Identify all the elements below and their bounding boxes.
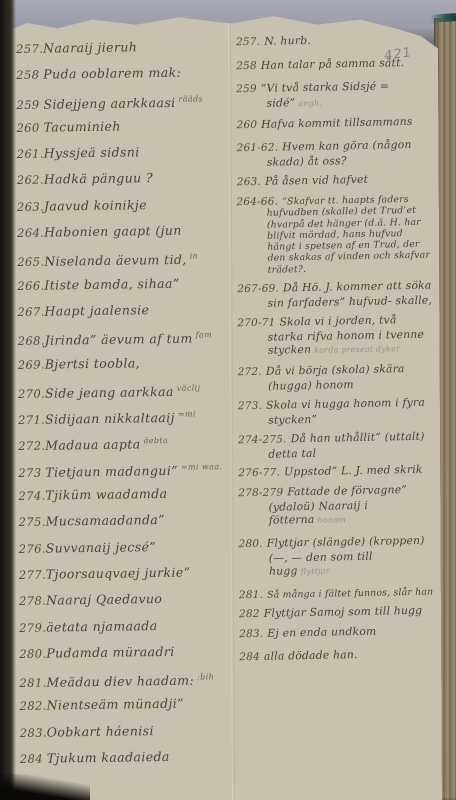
- list-item: 261.Hyssjeä sidsni: [16, 138, 224, 167]
- list-item: 281.Meädau diev haadam::bih: [19, 664, 227, 693]
- entry-number: 272.: [238, 366, 262, 378]
- entry-text: Naaraij jieruh: [43, 39, 137, 55]
- list-item: 278-279Fattade de förvagne” (ydaloü) Naa…: [238, 483, 435, 530]
- entry-number: 259: [236, 83, 257, 95]
- entry-text: Meädau diev haadam:: [46, 673, 194, 690]
- interlinear-annotation: flyttjar: [301, 567, 330, 577]
- list-item: 273Tietjaun madangui”=mi waa.: [18, 454, 226, 483]
- list-item: 265.Niselanda äevum tid,in: [17, 243, 225, 272]
- entry-text: På åsen vid hafvet: [265, 172, 368, 187]
- list-item: 275.Mucsamaadanda”: [18, 506, 226, 535]
- entry-number: 275.: [18, 509, 45, 536]
- list-item: 269.Bjertsi toobla,: [18, 349, 226, 378]
- interlinear-annotation: in: [190, 252, 199, 261]
- entry-number: 267.: [17, 299, 44, 326]
- entry-text: Tjukum kaadaieda: [47, 749, 170, 766]
- entry-number: 257.: [236, 36, 260, 48]
- interlinear-annotation: rääds: [178, 94, 203, 103]
- entry-text: Oobkart háenisi: [47, 723, 154, 739]
- list-item: 259Sidejjeng aarkkaasirääds: [16, 86, 224, 115]
- entry-number: 280.: [19, 640, 46, 667]
- entry-text: Niselanda äevum tid,: [44, 252, 187, 269]
- entry-number: 278.: [19, 588, 46, 615]
- list-item: 259”Vi två starka Sidsjé = sidé”angh.: [236, 79, 433, 112]
- list-item: 283.Oobkart háenisi: [20, 717, 228, 746]
- entry-number: 281.: [239, 589, 263, 601]
- entry-text: Hadkä pänguu ?: [44, 171, 153, 188]
- entry-text: Hafva kommit tillsammans: [261, 115, 413, 131]
- interlinear-annotation: =mi waa.: [181, 462, 223, 472]
- entry-number: 280.: [238, 538, 262, 550]
- entry-text: Nientseäm münadji”: [46, 696, 184, 713]
- interlinear-annotation: väclij: [177, 383, 201, 392]
- entry-text: Side jeang aarkkaa: [45, 384, 174, 401]
- list-item: 276.Suvvanaij jecsé”: [19, 533, 227, 562]
- entry-number: 269.: [18, 351, 45, 378]
- list-item: 268.Jirinda” äevum af tumfam: [17, 322, 225, 351]
- list-item: 267.Haapt jaalensie: [17, 296, 225, 325]
- entry-text: ”Vi två starka Sidsjé = sidé”: [261, 80, 390, 110]
- gutter-shadow: [0, 0, 16, 800]
- list-item: 284alla dödade han.: [239, 646, 435, 664]
- entry-number: 264.: [17, 220, 44, 247]
- entry-text: Jirinda” äevum af tum: [45, 331, 193, 348]
- entry-number: 278-279: [238, 487, 283, 500]
- list-item: 281.Så många i fältet funnos, slår han: [239, 587, 435, 602]
- list-item: 258Puda ooblarem mak:: [16, 59, 224, 88]
- list-item: 277.Tjoorsauqvaej jurkie”: [19, 559, 227, 588]
- entry-text: Bjertsi toobla,: [45, 355, 141, 371]
- entry-number: 263.: [237, 175, 261, 187]
- interlinear-annotation: äebta: [143, 436, 168, 445]
- entry-text: ”Skafvar tt. haapts faders hufvudben (sk…: [267, 194, 431, 275]
- entry-text: Suvvanaij jecsé”: [46, 539, 157, 556]
- list-item: 272.Madaua aaptaäebta: [18, 428, 226, 457]
- entry-text: äetata njamaada: [46, 618, 158, 635]
- entry-number: 274-275.: [238, 433, 287, 446]
- list-item: 261-62.Hvem kan göra (någon skada) åt os…: [236, 138, 433, 170]
- entry-text: N. hurb.: [264, 34, 311, 48]
- entry-text: Jaavud koinikje: [44, 197, 147, 213]
- interlinear-annotation: honom: [317, 516, 346, 526]
- entry-text: Tacuminieh: [43, 118, 120, 134]
- entry-text: Tietjaun madangui”: [45, 463, 178, 480]
- entry-number: 260: [16, 115, 43, 142]
- list-item: 270-71Skola vi i jorden, två starka rifv…: [237, 312, 434, 359]
- vocabulary-column: 257.Naaraij jieruh258Puda ooblarem mak:2…: [16, 34, 228, 771]
- photo-dark-corner: [0, 774, 90, 800]
- list-item: 264.Habonien gaapt (jun: [17, 217, 225, 246]
- entry-number: 261.: [16, 141, 43, 168]
- list-item: 276-77.Uppstod” L. J. med skrik: [238, 463, 434, 481]
- entry-text: Tjoorsauqvaej jurkie”: [46, 565, 191, 582]
- list-item: 263.Jaavud koinikje: [17, 191, 225, 220]
- translation-column: 257.N. hurb.258Han talar på samma sätt.2…: [236, 33, 435, 669]
- list-item: 273.Skola vi hugga honom i fyra stycken”: [238, 396, 435, 428]
- list-item: 274-275.Då han uthållit” (uttalt) detta …: [238, 429, 435, 461]
- entry-number: 282: [239, 608, 260, 620]
- entry-number: 284: [239, 651, 260, 663]
- entry-text: Hvem kan göra (någon skada) åt oss?: [267, 138, 412, 168]
- entry-number: 283.: [239, 628, 263, 640]
- list-item: 272.Då vi börja (skola) skära (hugga) ho…: [238, 362, 435, 394]
- entry-number: 267-69.: [237, 282, 279, 295]
- entry-text: Ej en enda undkom: [267, 625, 376, 640]
- entry-number: 274.: [18, 483, 45, 510]
- entry-text: Då vi börja (skola) skära (hugga) honom: [266, 362, 405, 392]
- entry-number: 273.: [238, 400, 262, 412]
- entry-number: 284: [20, 746, 47, 773]
- list-item: 279.äetata njamaada: [19, 612, 227, 641]
- entry-text: Sidijaan nikkaltaaij: [45, 410, 175, 427]
- list-item: 284Tjukum kaadaieda: [20, 743, 228, 772]
- entry-number: 279.: [19, 614, 46, 641]
- list-item: 270.Side jeang aarkkaaväclij: [18, 375, 226, 404]
- entry-text: Uppstod” L. J. med skrik: [284, 463, 423, 479]
- entry-text: Flyttjar (slängde) (kroppen) (—, — den s…: [267, 534, 425, 578]
- manuscript-photo: 421 257.Naaraij jieruh258Puda ooblarem m…: [0, 0, 456, 800]
- entry-number: 263.: [17, 193, 44, 220]
- entry-text: Mucsamaadanda”: [45, 512, 165, 529]
- list-item: 260Tacuminieh: [16, 112, 224, 141]
- entry-text: Sidejjeng aarkkaasi: [43, 95, 175, 112]
- list-item: 264-66.”Skafvar tt. haapts faders hufvud…: [236, 194, 433, 277]
- interlinear-annotation: korda preseat dyker: [314, 344, 400, 355]
- list-item: 262.Hadkä pänguu ?: [17, 165, 225, 194]
- list-item: 258Han talar på samma sätt.: [236, 55, 432, 73]
- entry-number: 282.: [19, 693, 46, 720]
- entry-number: 261-62.: [236, 141, 278, 154]
- list-item: 283.Ej en enda undkom: [239, 624, 435, 642]
- entry-text: Då han uthållit” (uttalt) detta tal: [268, 429, 424, 460]
- entry-text: Flyttjar Samoj som till hugg: [264, 604, 423, 620]
- entry-text: Puda ooblarem mak:: [43, 65, 181, 82]
- entry-number: 258: [16, 62, 43, 89]
- interlinear-annotation: =mi: [178, 410, 196, 419]
- interlinear-annotation: angh.: [298, 98, 322, 107]
- list-item: 257.N. hurb.: [236, 32, 432, 50]
- list-item: 271.Sidijaan nikkaltaaij=mi: [18, 401, 226, 430]
- entry-number: 258: [236, 59, 257, 71]
- entry-number: 266.: [17, 272, 44, 299]
- interlinear-annotation: :bih: [197, 672, 214, 681]
- entry-text: Hyssjeä sidsni: [44, 144, 140, 160]
- list-item: 263.På åsen vid hafvet: [237, 171, 433, 189]
- entry-number: 257.: [16, 36, 43, 63]
- entry-number: 264-66.: [236, 196, 278, 209]
- list-item: 282Flyttjar Samoj som till hugg: [239, 604, 435, 622]
- entry-text: Så många i fältet funnos, slår han: [267, 587, 433, 601]
- entry-text: alla dödade han.: [264, 648, 358, 663]
- list-item: 260Hafva kommit tillsammans: [236, 115, 432, 133]
- entry-number: 283.: [20, 719, 47, 746]
- manuscript-page: 421 257.Naaraij jieruh258Puda ooblarem m…: [6, 9, 442, 800]
- entry-number: 276-77.: [238, 467, 280, 480]
- entry-text: Habonien gaapt (jun: [44, 223, 182, 240]
- entry-number: 270-71: [237, 316, 275, 329]
- entry-number: 262.: [17, 167, 44, 194]
- entry-number: 277.: [19, 562, 46, 589]
- entry-number: 260: [236, 119, 257, 131]
- list-item: 280.Flyttjar (slängde) (kroppen) (—, — d…: [238, 534, 435, 581]
- entry-text: Pudamda müraadri: [46, 644, 175, 661]
- entry-text: Naaraj Qaedavuo: [46, 591, 163, 608]
- entry-text: Då Hö. J. kommer att söka sin farfaders”…: [267, 278, 432, 309]
- entry-text: Itiste bamda, sihaa”: [44, 275, 179, 292]
- entry-text: Han talar på samma sätt.: [261, 56, 405, 72]
- entry-text: Tjiküm waadamda: [45, 486, 167, 503]
- list-item: 257.Naaraij jieruh: [16, 33, 224, 62]
- list-item: 266.Itiste bamda, sihaa”: [17, 270, 225, 299]
- entry-number: 276.: [19, 535, 46, 562]
- list-item: 280.Pudamda müraadri: [19, 638, 227, 667]
- interlinear-annotation: fam: [196, 331, 213, 340]
- entry-text: Madaua aapta: [45, 437, 141, 453]
- list-item: 278.Naaraj Qaedavuo: [19, 585, 227, 614]
- entry-text: Haapt jaalensie: [44, 302, 149, 318]
- list-item: 282.Nientseäm münadji”: [19, 691, 227, 720]
- list-item: 267-69.Då Hö. J. kommer att söka sin far…: [237, 278, 434, 310]
- entry-text: Skola vi hugga honom i fyra stycken”: [266, 396, 425, 427]
- list-item: 274.Tjiküm waadamda: [18, 480, 226, 509]
